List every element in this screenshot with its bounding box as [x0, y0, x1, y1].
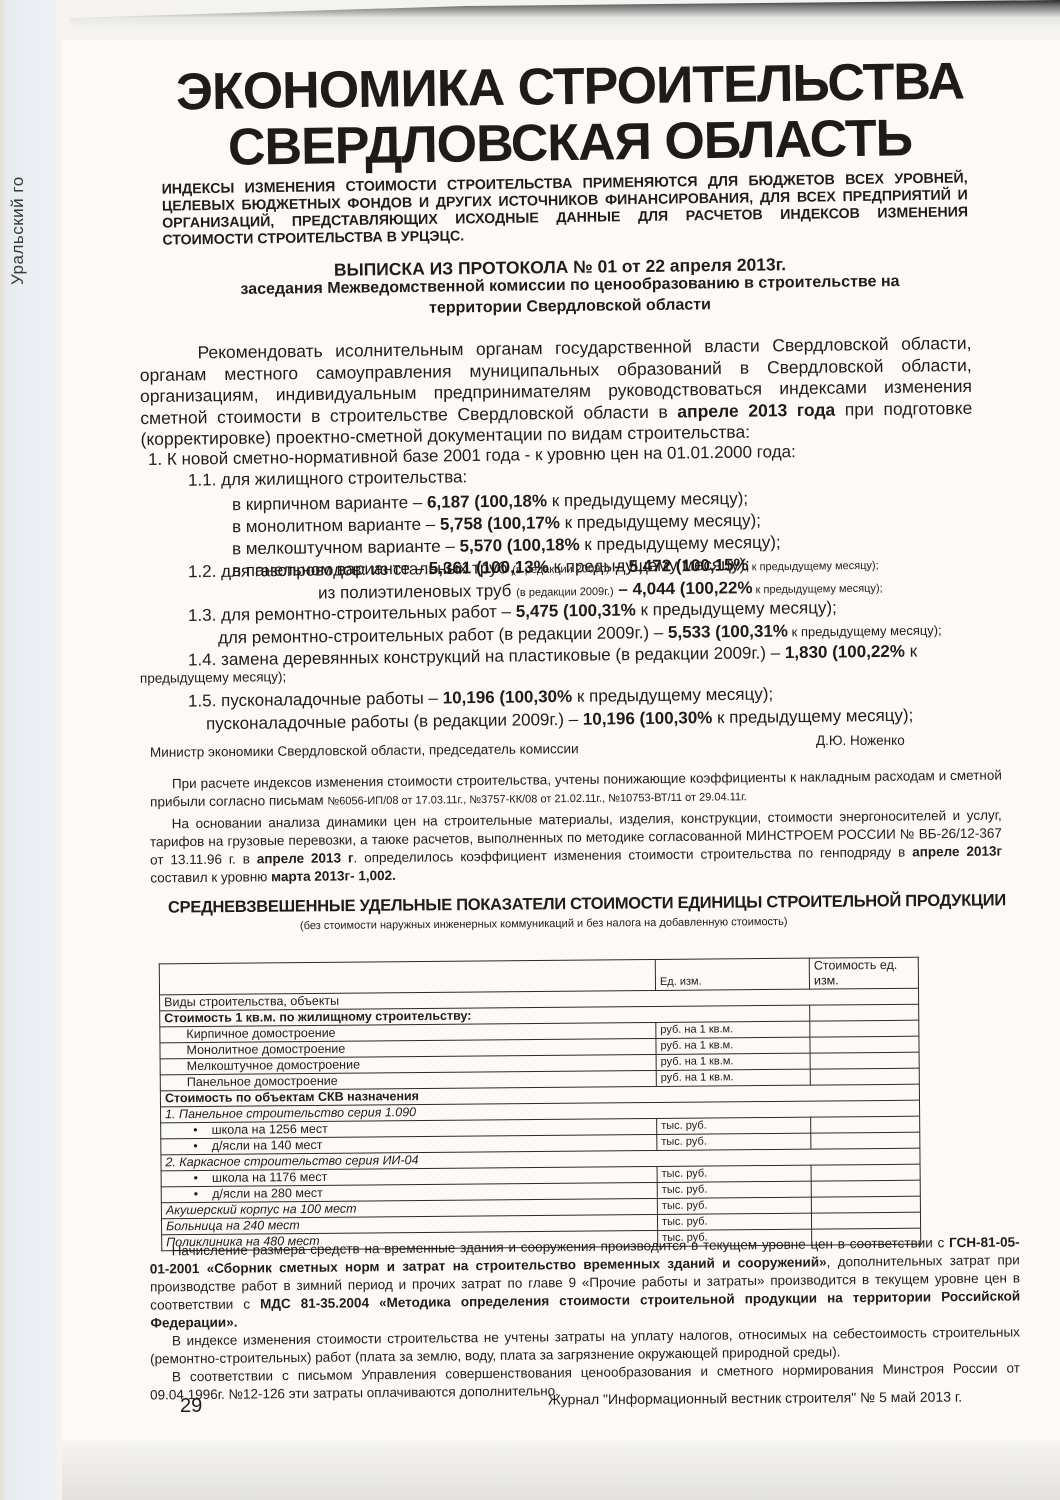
recommendation-period: апреле 2013 года — [677, 399, 835, 421]
index-value: 10,196 (100,30% — [443, 687, 573, 708]
coefficients-text: . определилось коэффициент изменения сто… — [353, 844, 912, 865]
cost-cell — [811, 1132, 920, 1149]
page-bottom-shade — [62, 1440, 1060, 1500]
index-suffix: к предыдущему месяцу); — [560, 511, 761, 532]
index-percent: (100,18% — [507, 535, 580, 555]
index-suffix: к — [905, 642, 917, 661]
coefficients-paragraph-2: На основании анализа динамики цен на стр… — [150, 807, 1003, 888]
index-suffix: к предыдущему месяцу); — [572, 684, 773, 705]
page-edge-shadow — [70, 0, 1060, 30]
index-value: 1,830 (100,22% — [785, 642, 905, 662]
index-value: 10,196 (100,30% — [583, 708, 713, 729]
index-windows-cont: предыдущему месяцу); — [140, 666, 286, 690]
unit-cell: руб. на 1 кв.м. — [656, 1053, 810, 1070]
index-label: в монолитном варианте – — [232, 515, 440, 537]
index-value: 5,570 — [459, 536, 506, 556]
index-value: – 5,472 (100,15% — [610, 555, 749, 576]
index-label: 1.3. для ремонтно-строительных работ – — [188, 602, 516, 625]
table-cell — [810, 1004, 919, 1021]
unit-cell: руб. на 1 кв.м. — [656, 1021, 810, 1038]
index-label: в кирпичном варианте – — [232, 493, 427, 514]
index-label: в мелкоштучном варианте – — [232, 537, 460, 559]
index-suffix: к предыдущему месяцу); — [547, 489, 748, 510]
coefficients-text: составил к уровню — [150, 869, 271, 885]
index-percent: (100,17% — [487, 513, 560, 533]
page-title-line-2: СВЕРДЛОВСКАЯ ОБЛАСТЬ — [160, 108, 981, 177]
index-edition: (в редакции 2009г.) — [516, 586, 614, 599]
cost-cell — [810, 1068, 919, 1085]
index-value: 5,758 — [440, 514, 487, 534]
header-blank — [159, 959, 655, 994]
journal-footer: Журнал "Информационный вестник строителя… — [548, 1389, 962, 1408]
cost-cell — [811, 1180, 920, 1197]
notes-temporary-buildings: Начисление размера средств на временные … — [150, 1233, 1021, 1332]
unit-cell: тыс. руб. — [657, 1181, 811, 1198]
signature-name: Д.Ю. Ноженко — [816, 730, 905, 752]
index-label: пусконаладочные работы (в редакции 2009г… — [206, 710, 583, 734]
column-header-cost: Стоимость ед. изм. — [809, 957, 918, 989]
unit-cell: тыс. руб. — [657, 1117, 811, 1134]
unit-cost-table: Ед. изм.Стоимость ед. изм.Виды строитель… — [159, 957, 921, 1252]
unit-cell: тыс. руб. — [657, 1165, 811, 1182]
index-suffix: к предыдущему месяцу); — [712, 706, 913, 727]
index-label: 1.5. пусконаладочные работы – — [188, 688, 443, 710]
index-label: из полиэтиленовых труб — [318, 581, 516, 602]
section-1-1-heading: 1.1. для жилищного строительства: — [188, 466, 467, 491]
unit-cell: тыс. руб. — [657, 1213, 811, 1230]
cost-cell — [811, 1164, 920, 1181]
index-suffix: к предыдущему месяцу); — [636, 598, 837, 619]
signature-role: Министр экономики Свердловской области, … — [150, 738, 579, 764]
binding-spine: Уральский го — [0, 0, 62, 1500]
intro-caps: ИНДЕКСЫ ИЗМЕНЕНИЯ СТОИМОСТИ СТРОИТЕЛЬСТВ… — [162, 170, 969, 249]
index-percent: (100,18% — [474, 491, 547, 511]
unit-cell: руб. на 1 кв.м. — [656, 1069, 810, 1086]
cost-cell — [811, 1196, 920, 1213]
index-suffix: к предыдущему месяцу); — [749, 560, 879, 574]
cost-cell — [810, 1036, 919, 1053]
index-label: 1.2. для газопроводов: из стальных труб — [188, 558, 512, 581]
coefficients-period: апреле 2013г — [912, 844, 1002, 860]
index-suffix: к предыдущему месяцу); — [580, 533, 781, 554]
index-value: 6,187 — [427, 492, 474, 512]
unit-cell: тыс. руб. — [657, 1133, 811, 1150]
column-header-unit: Ед. изм. — [655, 958, 809, 990]
coefficients-letters: №6056-ИП/08 от 17.03.11г., №3757-КК/08 о… — [327, 791, 747, 807]
index-value: 5,475 (100,31% — [516, 600, 636, 620]
unit-cell: тыс. руб. — [657, 1197, 811, 1214]
index-suffix: к предыдущему месяцу); — [788, 623, 942, 640]
recommendation-paragraph: Рекомендовать исолнительным органам госу… — [139, 333, 972, 451]
cost-cell — [811, 1212, 920, 1229]
coefficients-value: марта 2013г- 1,002. — [271, 868, 396, 884]
index-suffix: к предыдущему месяцу); — [753, 583, 883, 597]
cost-cell — [810, 1020, 919, 1037]
cost-cell — [811, 1116, 920, 1133]
index-value: – 4,044 (100,22% — [613, 578, 752, 599]
coefficients-period: апреле 2013 г — [257, 850, 354, 866]
cost-cell — [810, 1052, 919, 1069]
unit-cell: руб. на 1 кв.м. — [656, 1037, 810, 1054]
index-edition: (в редакции 2009г.) — [512, 563, 610, 576]
spine-text: Уральский го — [8, 176, 28, 285]
index-value: 5,533 (100,31% — [668, 621, 788, 641]
page-number: 29 — [180, 1395, 202, 1418]
